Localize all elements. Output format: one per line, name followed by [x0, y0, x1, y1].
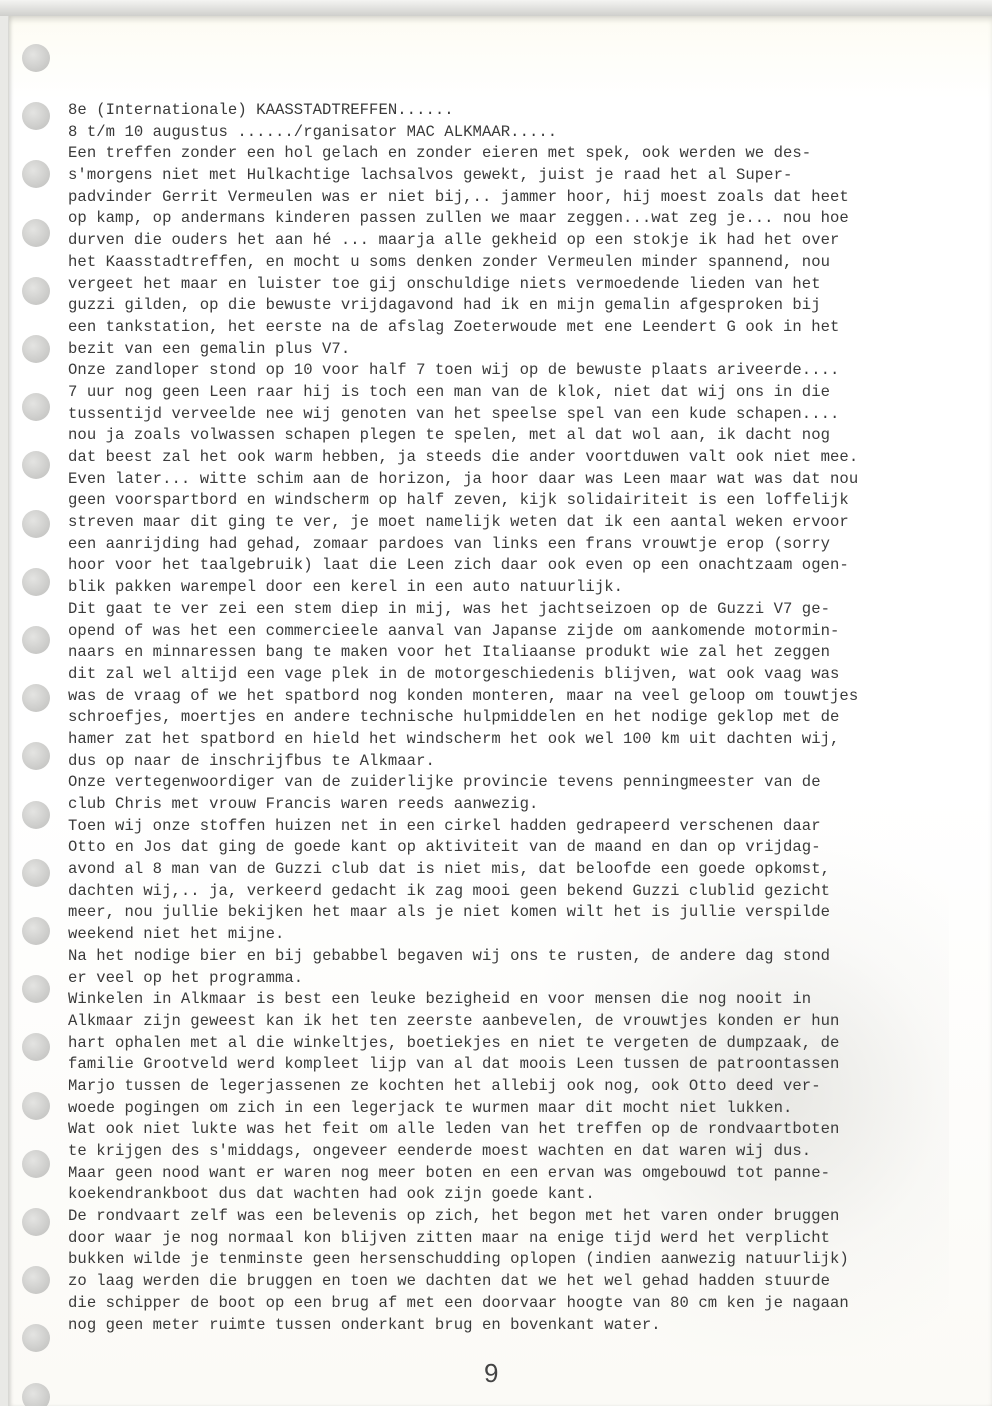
text-line: geen voorspartbord en windscherm op half… [68, 490, 948, 512]
text-line: Een treffen zonder een hol gelach en zon… [68, 143, 948, 165]
text-line: nou ja zoals volwassen schapen plegen te… [68, 425, 948, 447]
text-line: op kamp, op andermans kinderen passen zu… [68, 208, 948, 230]
text-line: vergeet het maar en luister toe gij onsc… [68, 274, 948, 296]
page-top-edge [0, 0, 992, 16]
text-line: Marjo tussen de legerjassenen ze kochten… [68, 1076, 948, 1098]
binder-hole-icon [22, 510, 50, 538]
text-line: schroefjes, moertjes en andere technisch… [68, 707, 948, 729]
binder-hole-icon [22, 742, 50, 770]
binder-hole-icon [22, 917, 50, 945]
binder-hole-icon [22, 626, 50, 654]
text-line: bukken wilde je tenminste geen hersensch… [68, 1249, 948, 1271]
text-line: streven maar dit ging te ver, je moet na… [68, 512, 948, 534]
binder-hole-icon [22, 801, 50, 829]
binder-hole-icon [22, 1208, 50, 1236]
text-line: Wat ook niet lukte was het feit om alle … [68, 1119, 948, 1141]
text-line: Onze zandloper stond op 10 voor half 7 t… [68, 360, 948, 382]
binder-hole-icon [22, 859, 50, 887]
binder-hole-icon [22, 219, 50, 247]
text-line: een aanrijding had gehad, zomaar pardoes… [68, 534, 948, 556]
binder-hole-icon [22, 1383, 50, 1406]
text-line: naars en minnaressen bang te maken voor … [68, 642, 948, 664]
text-line: Winkelen in Alkmaar is best een leuke be… [68, 989, 948, 1011]
text-line: De rondvaart zelf was een belevenis op z… [68, 1206, 948, 1228]
text-line: hoor voor het taalgebruik) laat die Leen… [68, 555, 948, 577]
text-line: er veel op het programma. [68, 968, 948, 990]
text-line: Otto en Jos dat ging de goede kant op ak… [68, 837, 948, 859]
text-line: 8e (Internationale) KAASSTADTREFFEN.....… [68, 100, 948, 122]
text-line: Toen wij onze stoffen huizen net in een … [68, 816, 948, 838]
binder-hole-icon [22, 568, 50, 596]
text-line: door waar je nog normaal kon blijven zit… [68, 1228, 948, 1250]
text-line: familie Grootveld werd kompleet lijp van… [68, 1054, 948, 1076]
text-line: hamer zat het spatbord en hield het wind… [68, 729, 948, 751]
binder-hole-icon [22, 1150, 50, 1178]
binder-hole-icon [22, 160, 50, 188]
binder-hole-icon [22, 1324, 50, 1352]
page-number: 9 [484, 1358, 498, 1389]
text-line: dat beest zal het ook warm hebben, ja st… [68, 447, 948, 469]
text-line: 8 t/m 10 augustus ....../rganisator MAC … [68, 122, 948, 144]
binder-holes [22, 44, 52, 1404]
text-line: dit zal wel altijd een vage plek in de m… [68, 664, 948, 686]
text-line: opend of was het een commercieele aanval… [68, 621, 948, 643]
text-line: koekendrankboot dus dat wachten had ook … [68, 1184, 948, 1206]
binder-hole-icon [22, 277, 50, 305]
binder-hole-icon [22, 1092, 50, 1120]
text-line: Onze vertegenwoordiger van de zuiderlijk… [68, 772, 948, 794]
text-line: blik pakken warempel door een kerel in e… [68, 577, 948, 599]
text-line: het Kaasstadtreffen, en mocht u soms den… [68, 252, 948, 274]
text-line: s'morgens niet met Hulkachtige lachsalvo… [68, 165, 948, 187]
text-line: Alkmaar zijn geweest kan ik het ten zeer… [68, 1011, 948, 1033]
text-line: bezit van een gemalin plus V7. [68, 339, 948, 361]
text-line: Na het nodige bier en bij gebabbel begav… [68, 946, 948, 968]
text-line: te krijgen des s'middags, ongeveer eende… [68, 1141, 948, 1163]
binder-hole-icon [22, 684, 50, 712]
text-line: tussentijd verveelde nee wij genoten van… [68, 404, 948, 426]
text-line: woede pogingen om zich in een legerjack … [68, 1098, 948, 1120]
text-line: meer, nou jullie bekijken het maar als j… [68, 902, 948, 924]
text-line: weekend niet het mijne. [68, 924, 948, 946]
text-line: dachten wij,.. ja, verkeerd gedacht ik z… [68, 881, 948, 903]
text-line: avond al 8 man van de Guzzi club dat is … [68, 859, 948, 881]
text-line: Maar geen nood want er waren nog meer bo… [68, 1163, 948, 1185]
text-line: die schipper de boot op een brug af met … [68, 1293, 948, 1315]
binder-hole-icon [22, 393, 50, 421]
binder-hole-icon [22, 451, 50, 479]
text-line: club Chris met vrouw Francis waren reeds… [68, 794, 948, 816]
text-line: zo laag werden die bruggen en toen we da… [68, 1271, 948, 1293]
text-line: een tankstation, het eerste na de afslag… [68, 317, 948, 339]
text-line: was de vraag of we het spatbord nog kond… [68, 686, 948, 708]
text-line: nog geen meter ruimte tussen onderkant b… [68, 1315, 948, 1337]
binder-hole-icon [22, 1266, 50, 1294]
binder-hole-icon [22, 102, 50, 130]
text-line: Even later... witte schim aan de horizon… [68, 469, 948, 491]
text-line: guzzi gilden, op die bewuste vrijdagavon… [68, 295, 948, 317]
binder-hole-icon [22, 44, 50, 72]
text-line: 7 uur nog geen Leen raar hij is toch een… [68, 382, 948, 404]
article-body: 8e (Internationale) KAASSTADTREFFEN.....… [68, 100, 948, 1336]
text-line: Dit gaat te ver zei een stem diep in mij… [68, 599, 948, 621]
text-line: hart ophalen met al die winkeltjes, boet… [68, 1033, 948, 1055]
text-line: dus op naar de inschrijfbus te Alkmaar. [68, 751, 948, 773]
text-line: durven die ouders het aan hé ... maarja … [68, 230, 948, 252]
binder-hole-icon [22, 1033, 50, 1061]
binder-hole-icon [22, 335, 50, 363]
text-line: padvinder Gerrit Vermeulen was er niet b… [68, 187, 948, 209]
binder-hole-icon [22, 975, 50, 1003]
